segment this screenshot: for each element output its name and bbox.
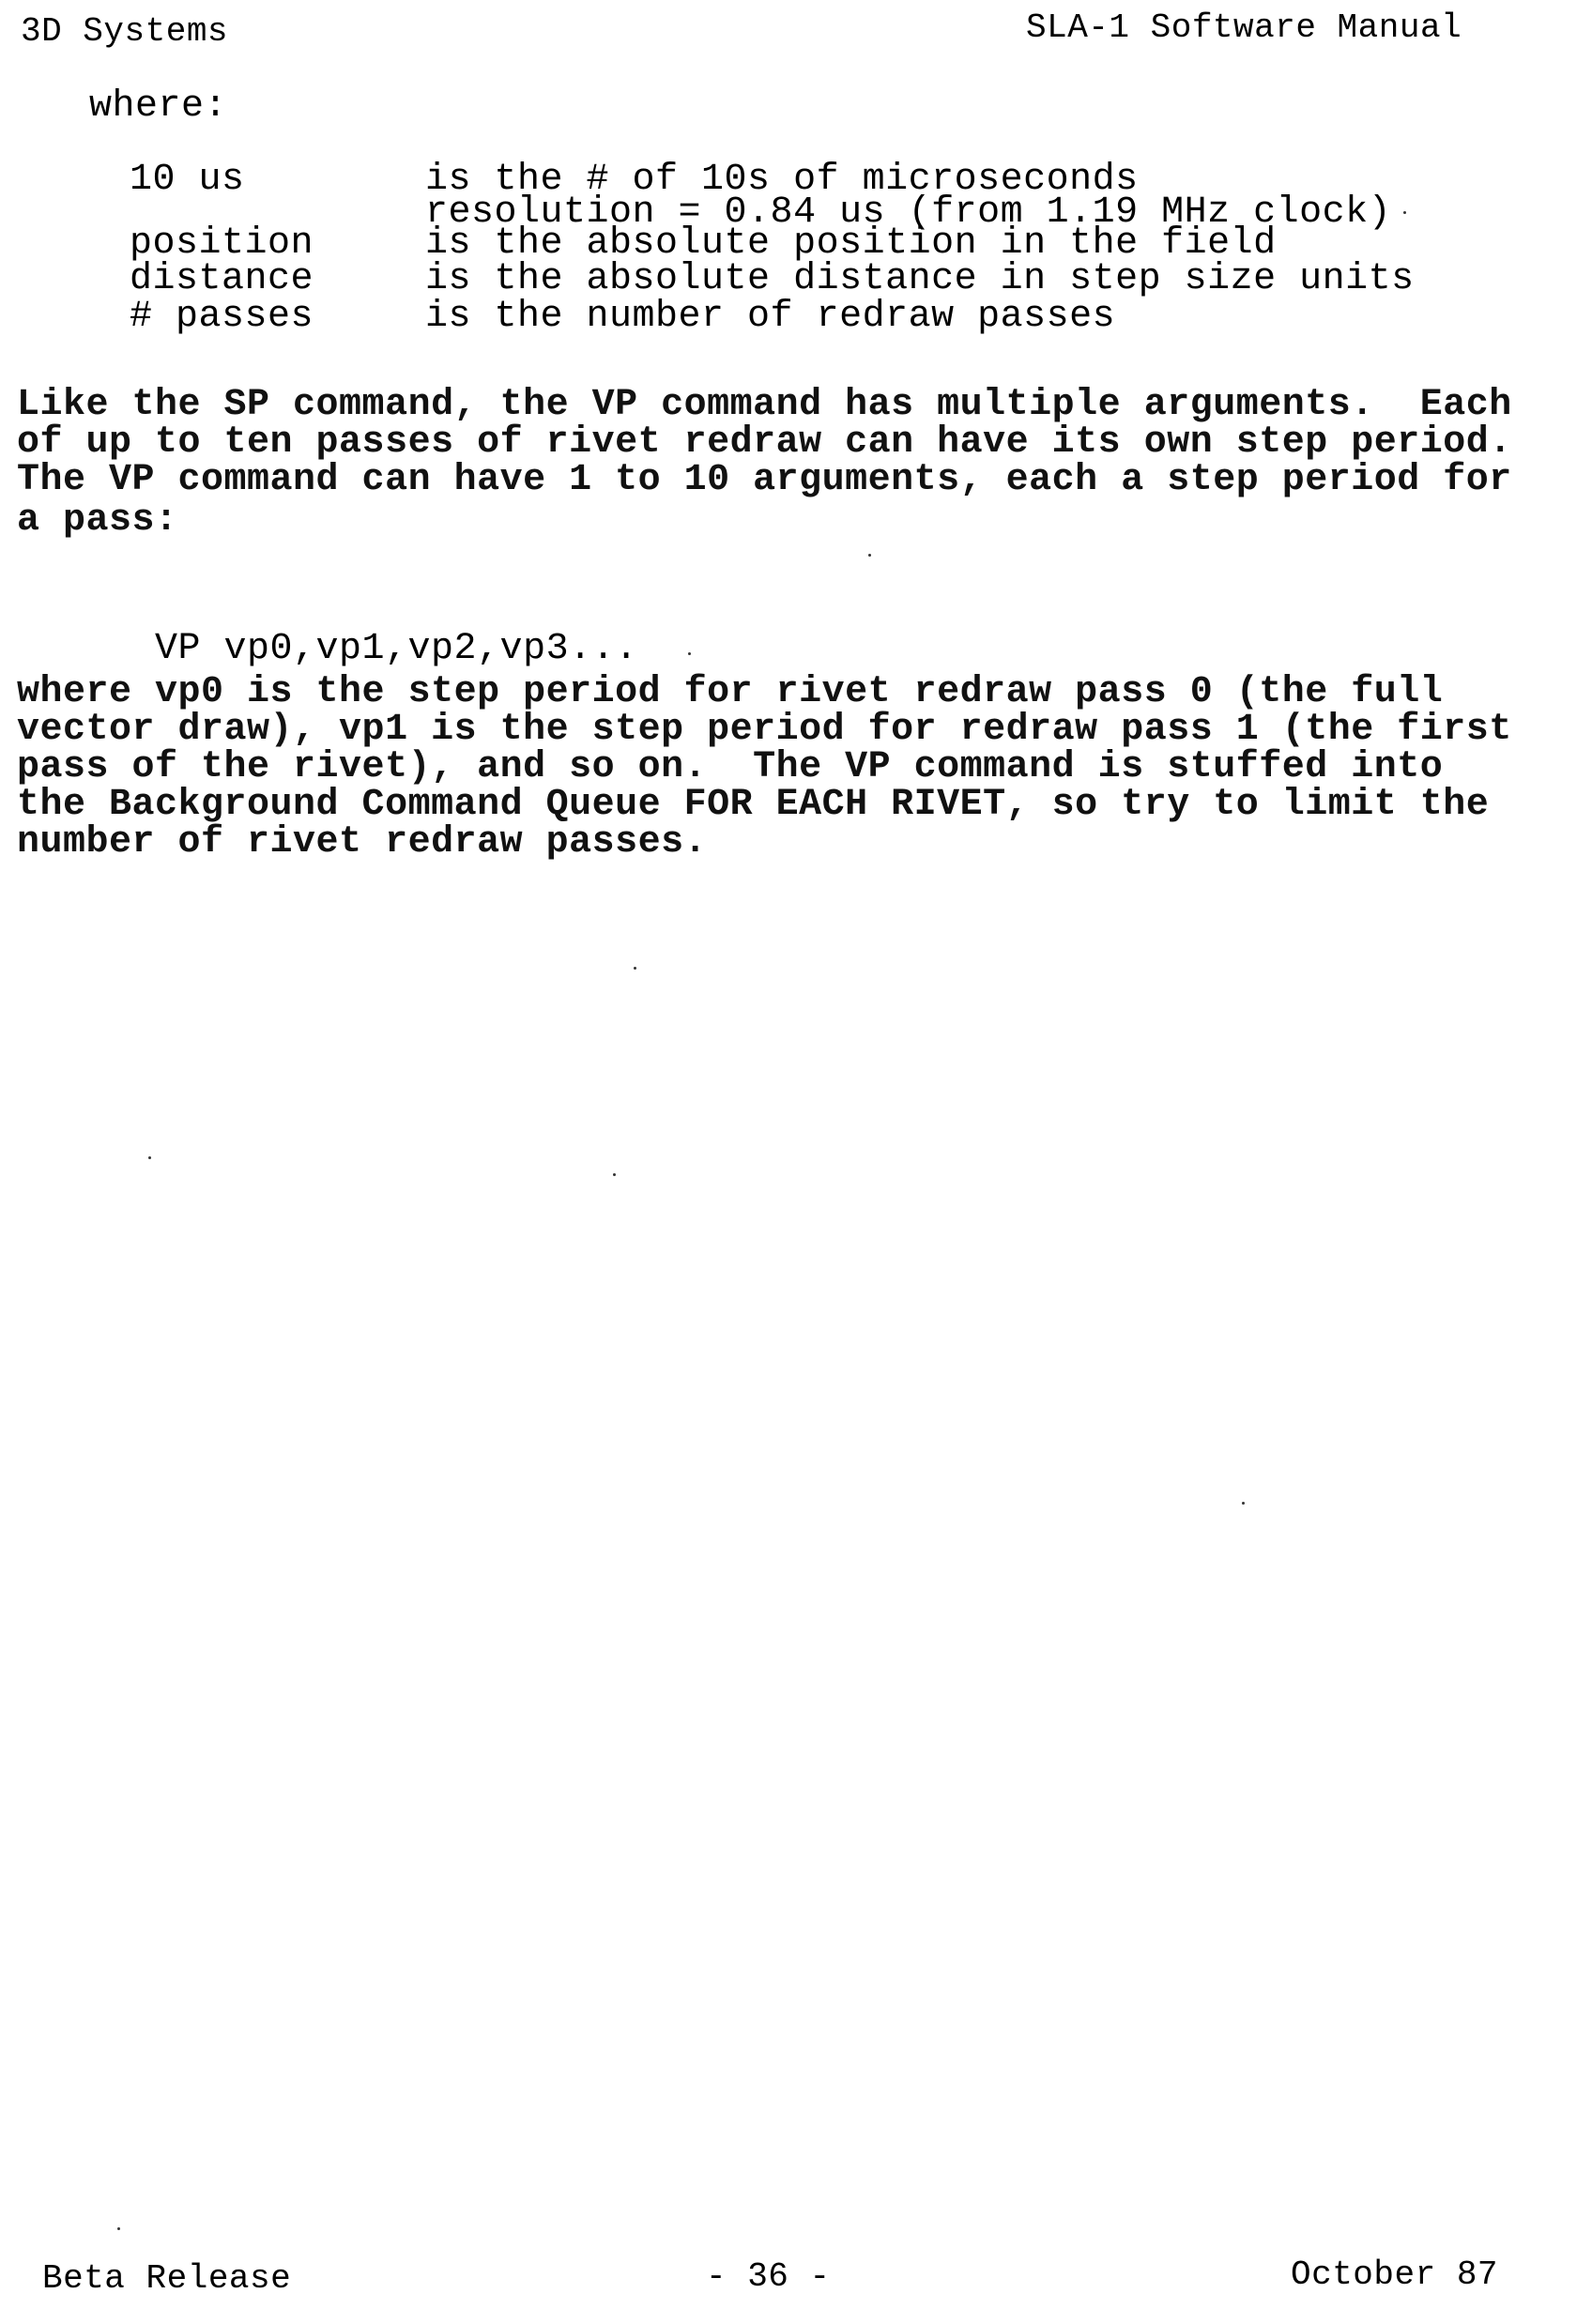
definition-term: 10 us	[130, 161, 245, 199]
scan-speck	[1403, 211, 1406, 214]
header-company: 3D Systems	[21, 13, 228, 51]
scan-speck	[148, 1156, 151, 1159]
scan-speck	[613, 1173, 616, 1176]
paragraph-line: a pass:	[17, 502, 178, 540]
paragraph-line: The VP command can have 1 to 10 argument…	[17, 462, 1512, 499]
paragraph-line: vector draw), vp1 is the step period for…	[17, 711, 1512, 749]
footer-release: Beta Release	[42, 2260, 291, 2298]
scan-speck	[117, 2227, 120, 2230]
definition-description: is the absolute distance in step size un…	[425, 261, 1415, 298]
scan-speck	[634, 967, 636, 970]
definition-description: is the number of redraw passes	[425, 298, 1115, 336]
definition-description: is the absolute position in the field	[425, 225, 1277, 263]
paragraph-line: Like the SP command, the VP command has …	[17, 387, 1512, 424]
paragraph-line: the Background Command Queue FOR EACH RI…	[17, 787, 1489, 824]
where-label: where:	[89, 88, 227, 126]
paragraph-line: pass of the rivet), and so on. The VP co…	[17, 749, 1443, 787]
definition-term: distance	[130, 261, 314, 298]
definition-term: # passes	[130, 298, 314, 336]
footer-date: October 87	[1291, 2256, 1498, 2294]
footer-page-number: - 36 -	[706, 2258, 831, 2296]
paragraph-line: number of rivet redraw passes.	[17, 824, 707, 862]
scan-speck	[1242, 1502, 1245, 1505]
scan-speck	[688, 652, 691, 655]
code-example: VP vp0,vp1,vp2,vp3...	[155, 631, 638, 668]
paragraph-line: of up to ten passes of rivet redraw can …	[17, 424, 1512, 462]
header-manual-title: SLA-1 Software Manual	[1026, 9, 1462, 47]
paragraph-line: where vp0 is the step period for rivet r…	[17, 674, 1443, 711]
definition-term: position	[130, 225, 314, 263]
scan-speck	[868, 554, 871, 557]
